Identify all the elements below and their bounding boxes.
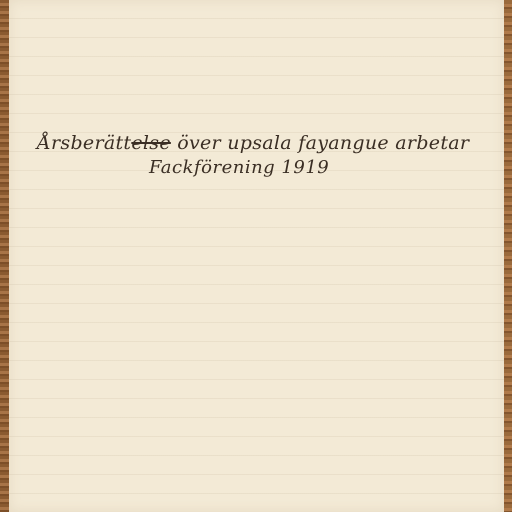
left-cork-border [0, 0, 9, 512]
title-line-2: Fackförening 1919 [149, 157, 329, 178]
right-cork-border [504, 0, 512, 512]
title-line-1-rest: över upsala fayangue arbetar [177, 132, 469, 154]
title-line-1-prefix: Årsberätt [37, 132, 131, 154]
title-line-1: Årsberättelse över upsala fayangue arbet… [37, 132, 469, 154]
title-line-1-struck: else [131, 132, 171, 154]
manuscript-page: Årsberättelse över upsala fayangue arbet… [9, 0, 504, 512]
